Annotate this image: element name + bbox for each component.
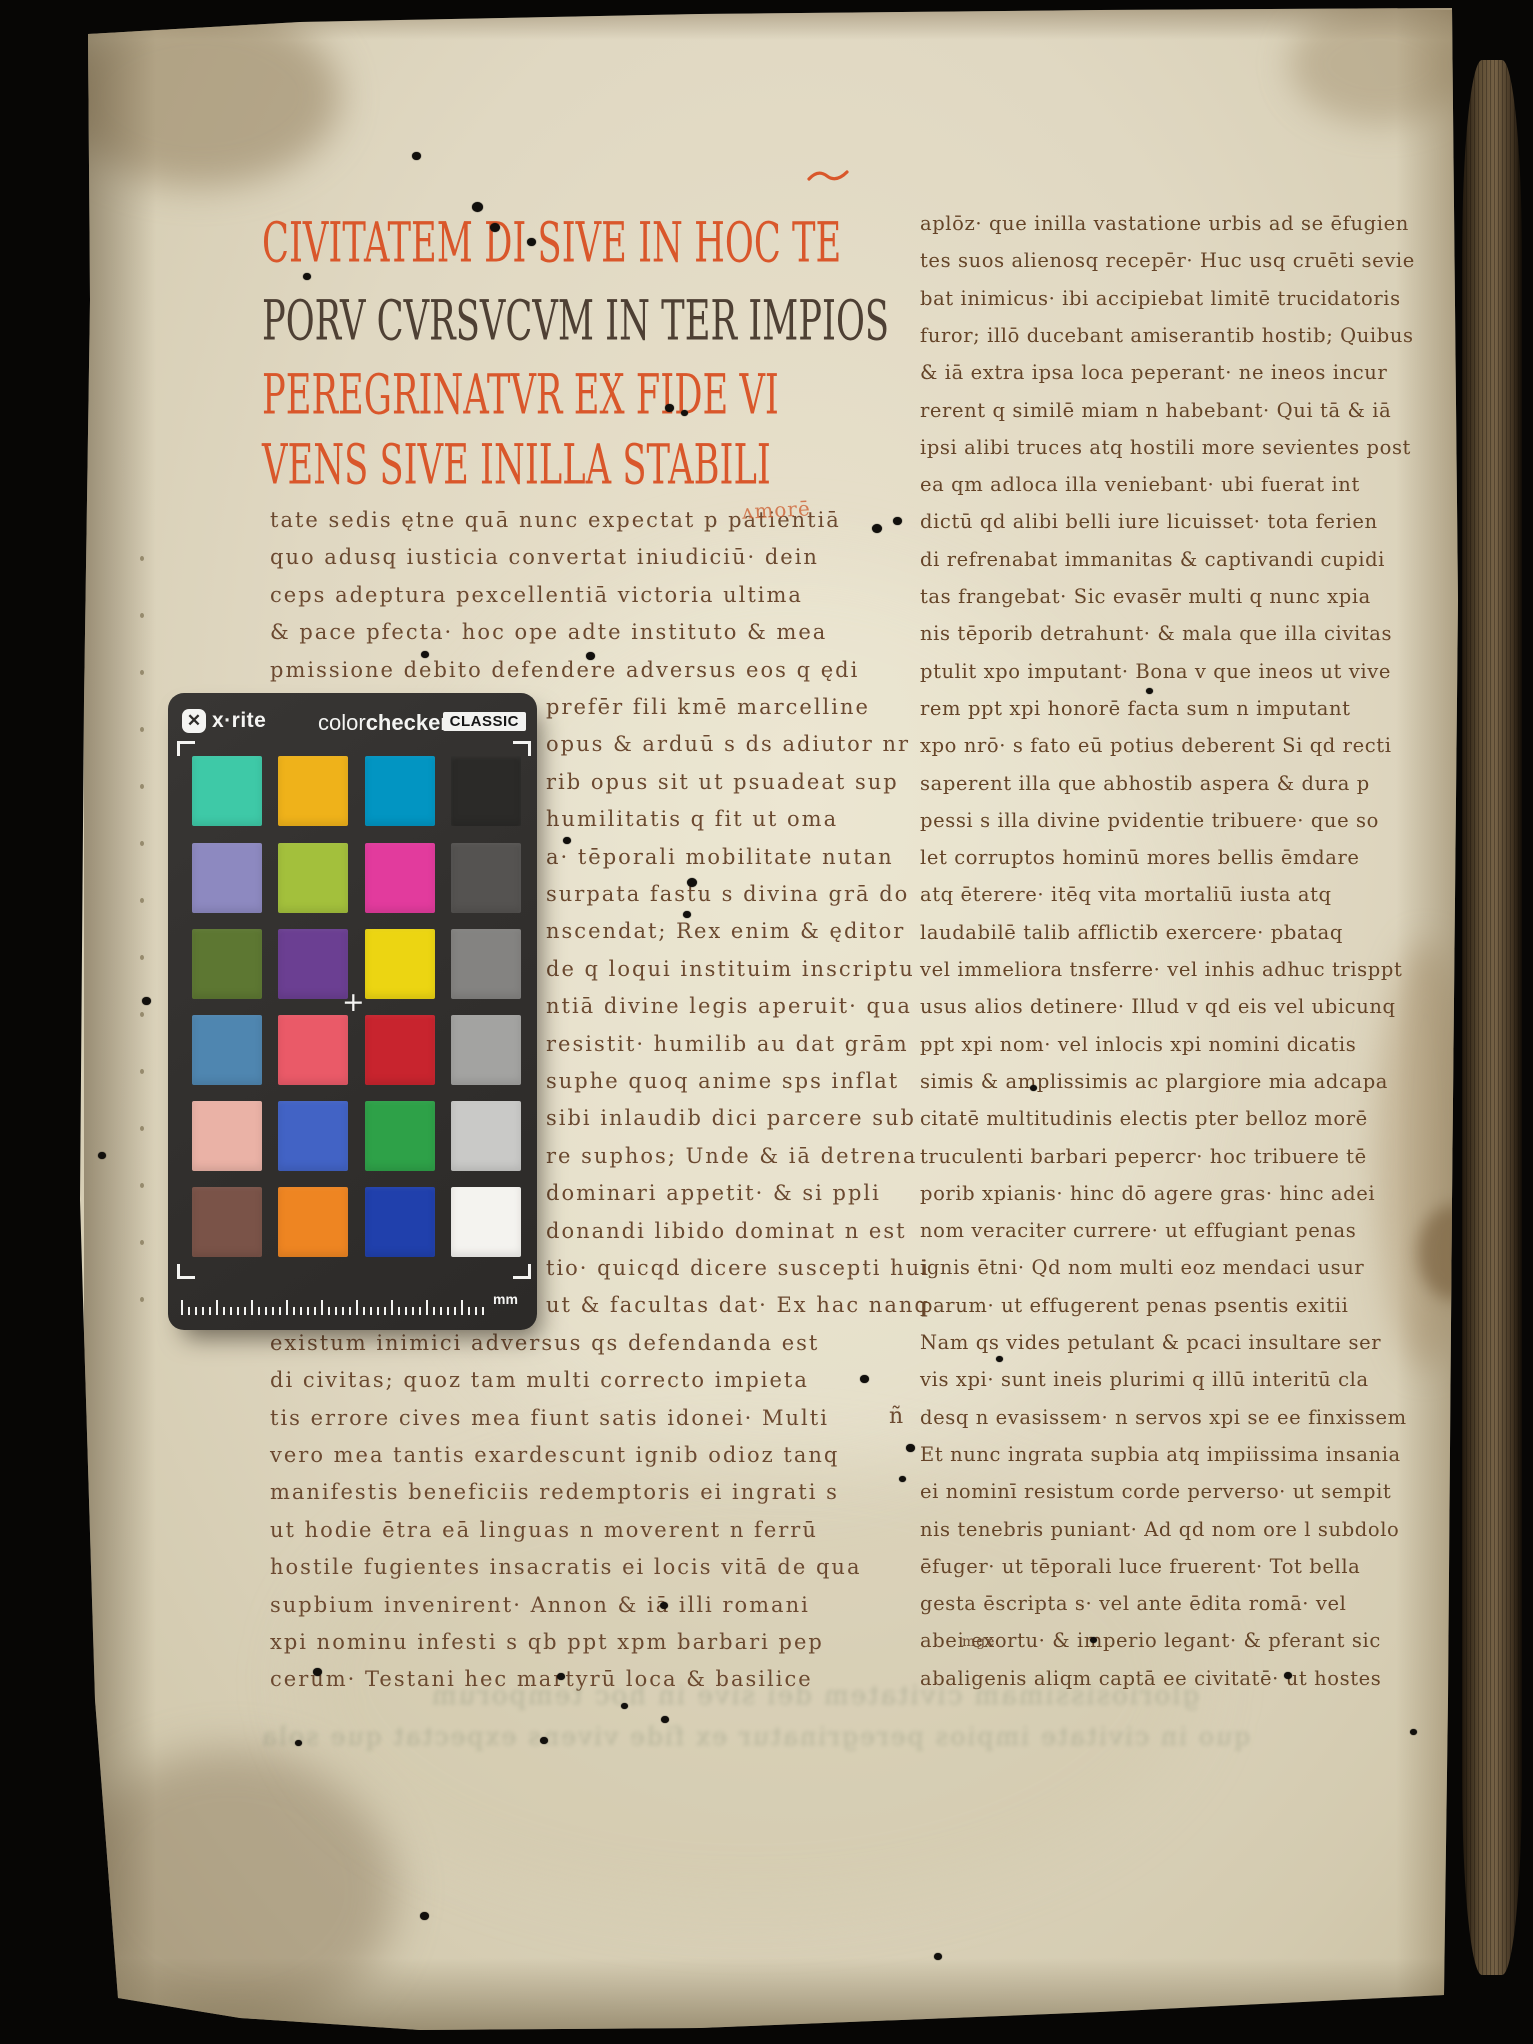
manuscript-line-left: surpata fastu s divina grā do xyxy=(546,882,909,906)
manuscript-line-left: a· tēporali mobilitate nutan xyxy=(546,845,894,869)
left-crease-shadow xyxy=(84,30,156,2010)
ruler-tick xyxy=(377,1307,379,1315)
book-fore-edge xyxy=(1462,60,1522,1975)
registration-corner-top-right xyxy=(513,741,531,756)
color-patch xyxy=(278,1015,348,1085)
manuscript-line-left: opus & arduū s ds adiutor nr xyxy=(546,732,910,756)
registration-corner-bottom-left xyxy=(177,1264,195,1279)
manuscript-line-right: nis tēporib detrahunt· & mala que illa c… xyxy=(920,622,1392,645)
ruler-tick xyxy=(412,1307,414,1315)
manuscript-line-right: gesta ēscripta s· vel ante ēdita romā· v… xyxy=(920,1592,1347,1615)
manuscript-line-right: laudabilē talib afflictib exercere· pbat… xyxy=(920,921,1343,944)
showthrough-line-2: quo in civitate impios peregrinatur ex f… xyxy=(260,1722,1250,1751)
bottom-edge-shadow xyxy=(95,1958,1445,2030)
pricking-hole xyxy=(140,1297,144,1302)
interlinear-gloss-mge: mge xyxy=(962,1634,996,1650)
card-ruler: mm xyxy=(181,1293,517,1317)
manuscript-line-left: hostile fugientes insacratis ei locis vi… xyxy=(270,1555,861,1579)
color-patch xyxy=(278,1187,348,1257)
classic-badge: CLASSIC xyxy=(443,712,526,731)
ink-dot xyxy=(303,273,311,280)
ink-dot xyxy=(893,517,902,525)
manuscript-line-right: simis & amplissimis ac plargiore mia adc… xyxy=(920,1070,1388,1093)
manuscript-line-right: let corruptos hominū mores bellis ēmdare xyxy=(920,846,1360,869)
manuscript-line-right: ignis ētni· Qd nom multi eoz mendaci usu… xyxy=(920,1256,1364,1279)
ink-dot xyxy=(1410,1729,1417,1735)
color-patch xyxy=(451,1015,521,1085)
manuscript-line-right: ea qm adloca illa veniebant· ubi fuerat … xyxy=(920,473,1360,496)
color-patch xyxy=(192,756,262,826)
manuscript-line-right: ei nominī resistum corde perverso· ut se… xyxy=(920,1480,1391,1503)
ruler-tick xyxy=(251,1300,253,1315)
ruler-tick xyxy=(447,1307,449,1315)
color-patch xyxy=(451,929,521,999)
ruler-tick xyxy=(349,1307,351,1315)
ruler-tick xyxy=(454,1307,456,1315)
ruler-tick xyxy=(461,1300,463,1315)
ruler-tick xyxy=(279,1307,281,1315)
color-patch xyxy=(192,1187,262,1257)
stain-top-left xyxy=(60,6,340,186)
color-patch xyxy=(451,843,521,913)
manuscript-line-right: rerent q similē miam n habebant· Qui tā … xyxy=(920,399,1391,422)
manuscript-line-left: ut & facultas dat· Ex hac nanq xyxy=(546,1293,930,1317)
ruler-tick xyxy=(223,1307,225,1315)
ruler-tick xyxy=(272,1307,274,1315)
color-patch xyxy=(192,929,262,999)
manuscript-line-right: nis tenebris puniant· Ad qd nom ore l su… xyxy=(920,1518,1399,1541)
color-patch xyxy=(278,1101,348,1171)
color-patch xyxy=(451,1187,521,1257)
heading-line: PEREGRINATVR EX FIDE VI xyxy=(262,362,779,427)
manuscript-line-right: saperent illa que abhostib aspera & dura… xyxy=(920,772,1370,795)
pricking-hole xyxy=(140,1069,144,1074)
pricking-hole xyxy=(140,727,144,732)
color-patch xyxy=(278,843,348,913)
pricking-hole xyxy=(140,784,144,789)
manuscript-line-right: ppt xpi nom· vel inlocis xpi nomini dica… xyxy=(920,1033,1356,1056)
ruler-tick xyxy=(475,1307,477,1315)
color-patch xyxy=(451,1101,521,1171)
ruler-tick xyxy=(335,1307,337,1315)
ruler-tick xyxy=(188,1307,190,1315)
ruler-tick xyxy=(300,1307,302,1315)
ruler-tick xyxy=(405,1307,407,1315)
ruler-tick xyxy=(468,1307,470,1315)
ink-dot xyxy=(420,1912,429,1920)
manuscript-line-left: xpi nominu infesti s qb ppt xpm barbari … xyxy=(270,1630,824,1654)
stain-bottom-left xyxy=(66,1750,396,2030)
manuscript-line-left: & pace pfecta· hoc ope adte instituto & … xyxy=(270,620,827,644)
ink-dot xyxy=(142,997,151,1005)
marginal-gloss-amore: ʌmorē xyxy=(741,496,811,524)
ruler-tick xyxy=(321,1300,323,1315)
ruler-tick xyxy=(216,1300,218,1315)
color-patch xyxy=(365,1187,435,1257)
right-edge-shadow xyxy=(1396,10,1458,2000)
colorchecker-title-bold: checker xyxy=(366,710,449,735)
pricking-hole xyxy=(140,955,144,960)
manuscript-line-right: ptulit xpo imputant· Bona v que ineos ut… xyxy=(920,660,1391,683)
heading-line: CIVITATEM DI SIVE IN HOC TE xyxy=(262,210,841,275)
manuscript-line-left: manifestis beneficiis redemptoris ei ing… xyxy=(270,1480,839,1504)
ruler-tick xyxy=(342,1307,344,1315)
pricking-hole xyxy=(140,841,144,846)
pricking-hole xyxy=(140,556,144,561)
manuscript-line-right: pessi s illa divine pvidentie tribuere· … xyxy=(920,809,1379,832)
manuscript-line-right: dictū qd alibi belli iure licuisset· tot… xyxy=(920,510,1378,533)
red-abbreviation-mark xyxy=(806,166,850,184)
colorchecker-card: ✕ x·rite colorchecker CLASSIC + mm xyxy=(168,693,537,1330)
manuscript-line-left: humilitatis q fit ut oma xyxy=(546,807,838,831)
manuscript-line-right: tes suos alienosq recepēr· Huc usq cruēt… xyxy=(920,249,1415,272)
ink-dot xyxy=(860,1375,869,1383)
color-patch xyxy=(365,929,435,999)
manuscript-line-right: di refrenabat immanitas & captivandi cup… xyxy=(920,548,1385,571)
manuscript-line-right: ipsi alibi truces atq hostili more sevie… xyxy=(920,436,1411,459)
xrite-brand-text: x·rite xyxy=(212,709,266,733)
ink-dot xyxy=(899,1476,906,1482)
color-patch xyxy=(278,929,348,999)
ruler-tick xyxy=(202,1307,204,1315)
manuscript-line-right: xpo nrō· s fato eū potius deberent Si qd… xyxy=(920,734,1392,757)
ink-dot xyxy=(683,911,691,918)
ruler-tick xyxy=(307,1307,309,1315)
manuscript-line-left: di civitas; quoz tam multi correcto impi… xyxy=(270,1368,809,1392)
color-patch xyxy=(192,1015,262,1085)
colorchecker-title-light: color xyxy=(318,710,366,735)
manuscript-line-right: desq n evasissem· n servos xpi se ee fin… xyxy=(920,1406,1407,1429)
manuscript-line-right: parum· ut effugerent penas psentis exiti… xyxy=(920,1294,1348,1317)
ink-dot xyxy=(934,1953,942,1960)
manuscript-line-left: vero mea tantis exardescunt ignib odioz … xyxy=(270,1443,839,1467)
manuscript-line-right: truculenti barbari pepercr· hoc tribuere… xyxy=(920,1145,1367,1168)
manuscript-line-right: nom veraciter currere· ut effugiant pena… xyxy=(920,1219,1356,1242)
pricking-hole xyxy=(140,670,144,675)
ruler-tick xyxy=(328,1307,330,1315)
registration-cross-icon: + xyxy=(342,987,365,1018)
manuscript-line-left: ceps adeptura pexcellentiā victoria ulti… xyxy=(270,583,803,607)
colorchecker-title: colorchecker xyxy=(318,710,449,736)
ruler-tick xyxy=(314,1307,316,1315)
ruler-tick xyxy=(384,1307,386,1315)
manuscript-line-left: donandi libido dominat n est xyxy=(546,1219,907,1243)
ink-dot xyxy=(472,202,483,212)
ruler-tick xyxy=(265,1307,267,1315)
manuscript-line-right: Et nunc ingrata supbia atq impiissima in… xyxy=(920,1443,1401,1466)
ink-dot xyxy=(996,1356,1003,1362)
manuscript-line-left: tio· quicqd dicere suscepti hui xyxy=(546,1256,930,1280)
color-patch xyxy=(192,843,262,913)
manuscript-line-left: tis errore cives mea fiunt satis idonei·… xyxy=(270,1406,829,1430)
ruler-tick xyxy=(258,1307,260,1315)
marginal-gloss-nota: ñ xyxy=(889,1404,903,1429)
colorchecker-header: ✕ x·rite colorchecker CLASSIC xyxy=(168,707,537,741)
ruler-tick xyxy=(482,1307,484,1315)
manuscript-line-left: ntiā divine legis aperuit· qua xyxy=(546,994,912,1018)
stain-top-right xyxy=(1290,4,1470,124)
color-patch xyxy=(451,756,521,826)
ruler-tick xyxy=(293,1307,295,1315)
ink-dot xyxy=(563,837,571,844)
ruler-tick xyxy=(419,1307,421,1315)
color-patch xyxy=(365,756,435,826)
color-patch xyxy=(278,756,348,826)
color-patch xyxy=(365,1101,435,1171)
ruler-tick xyxy=(244,1307,246,1315)
manuscript-line-right: furor; illō ducebant amiserantib hostib;… xyxy=(920,324,1414,347)
pricking-hole xyxy=(140,613,144,618)
manuscript-line-left: rib opus sit ut psuadeat sup xyxy=(546,770,899,794)
ruler-tick xyxy=(391,1300,393,1315)
ruler-tick xyxy=(230,1307,232,1315)
registration-corner-bottom-right xyxy=(513,1264,531,1279)
ink-dot xyxy=(98,1152,106,1159)
ruler-mm-label: mm xyxy=(493,1291,518,1307)
pricking-hole xyxy=(140,1012,144,1017)
pricking-hole xyxy=(140,1126,144,1131)
ruler-tick xyxy=(356,1300,358,1315)
color-patch xyxy=(365,1015,435,1085)
manuscript-line-left: de q loqui instituim inscriptu xyxy=(546,957,915,981)
color-patch xyxy=(192,1101,262,1171)
ink-dot xyxy=(412,152,421,160)
ink-dot xyxy=(906,1444,915,1452)
manuscript-line-right: vis xpi· sunt ineis plurimi q illū inter… xyxy=(920,1368,1369,1391)
ruler-tick xyxy=(398,1307,400,1315)
ruler-tick xyxy=(286,1300,288,1315)
manuscript-line-right: porib xpianis· hinc dō agere gras· hinc … xyxy=(920,1182,1375,1205)
ruler-tick xyxy=(440,1307,442,1315)
manuscript-line-left: prefēr fili kmē marcelline xyxy=(546,695,870,719)
manuscript-line-left: sibi inlaudib dici parcere sub xyxy=(546,1106,916,1130)
manuscript-line-left: re suphos; Unde & iā detrena xyxy=(546,1144,917,1168)
manuscript-line-right: ēfuger· ut tēporali luce fruerent· Tot b… xyxy=(920,1555,1360,1578)
ruler-tick xyxy=(363,1307,365,1315)
xrite-logo: ✕ x·rite xyxy=(182,709,266,733)
ruler-tick xyxy=(370,1307,372,1315)
ink-dot xyxy=(872,524,882,533)
ink-dot xyxy=(1146,688,1153,694)
manuscript-line-left: nscendat; Rex enim & ęditor xyxy=(546,919,905,943)
manuscript-line-left: quo adusq iusticia convertat iniudiciū· … xyxy=(270,545,819,569)
manuscript-line-right: usus alios detinere· Illud v qd eis vel … xyxy=(920,995,1396,1018)
ruler-tick xyxy=(237,1307,239,1315)
ruler-tick xyxy=(195,1307,197,1315)
manuscript-line-right: atq ēterere· itēq vita mortaliū iusta at… xyxy=(920,883,1332,906)
manuscript-line-right: Nam qs vides petulant & pcaci insultare … xyxy=(920,1331,1381,1354)
manuscript-line-left: resistit· humilib au dat grām xyxy=(546,1032,909,1056)
xrite-x-icon: ✕ xyxy=(182,709,206,733)
ruler-tick xyxy=(426,1300,428,1315)
pricking-hole xyxy=(140,1240,144,1245)
manuscript-line-right: citatē multitudinis electis pter belloz … xyxy=(920,1107,1368,1130)
ruler-tick xyxy=(433,1307,435,1315)
manuscript-line-left: suphe quoq anime sps inflat xyxy=(546,1069,899,1093)
manuscript-line-right: bat inimicus· ibi accipiebat limitē truc… xyxy=(920,287,1401,310)
manuscript-line-right: aplōz· que inilla vastatione urbis ad se… xyxy=(920,212,1409,235)
pricking-hole xyxy=(140,1183,144,1188)
heading-line: VENS SIVE INILLA STABILI xyxy=(262,432,771,497)
pricking-hole xyxy=(140,898,144,903)
manuscript-line-left: ut hodie ētra eā linguas n moverent n fe… xyxy=(270,1518,818,1542)
manuscript-line-right: tas frangebat· Sic evasēr multi q nunc x… xyxy=(920,585,1371,608)
manuscript-line-left: dominari appetit· & si ppli xyxy=(546,1181,881,1205)
manuscript-line-left: pmissione debito defendere adversus eos … xyxy=(270,658,859,682)
manuscript-line-right: & iā extra ipsa loca peperant· ne ineos … xyxy=(920,361,1387,384)
showthrough-line-1: gloriosissimam civitatem dei sive in hoc… xyxy=(430,1681,1199,1711)
manuscript-line-left: supbium invenirent· Annon & iā illi roma… xyxy=(270,1593,810,1617)
manuscript-line-right: vel immeliora tnsferre· vel inhis adhuc … xyxy=(920,958,1402,981)
registration-corner-top-left xyxy=(177,741,195,756)
heading-line: PORV CVRSVCVM IN TER IMPIOS xyxy=(262,288,889,353)
top-edge-shadow xyxy=(88,8,1458,40)
ruler-tick xyxy=(209,1307,211,1315)
ruler-tick xyxy=(181,1300,183,1315)
manuscript-line-left: existum inimici adversus qs defendanda e… xyxy=(270,1331,819,1355)
manuscript-line-right: rem ppt xpi honorē facta sum n imputant xyxy=(920,697,1351,720)
color-patch xyxy=(365,843,435,913)
